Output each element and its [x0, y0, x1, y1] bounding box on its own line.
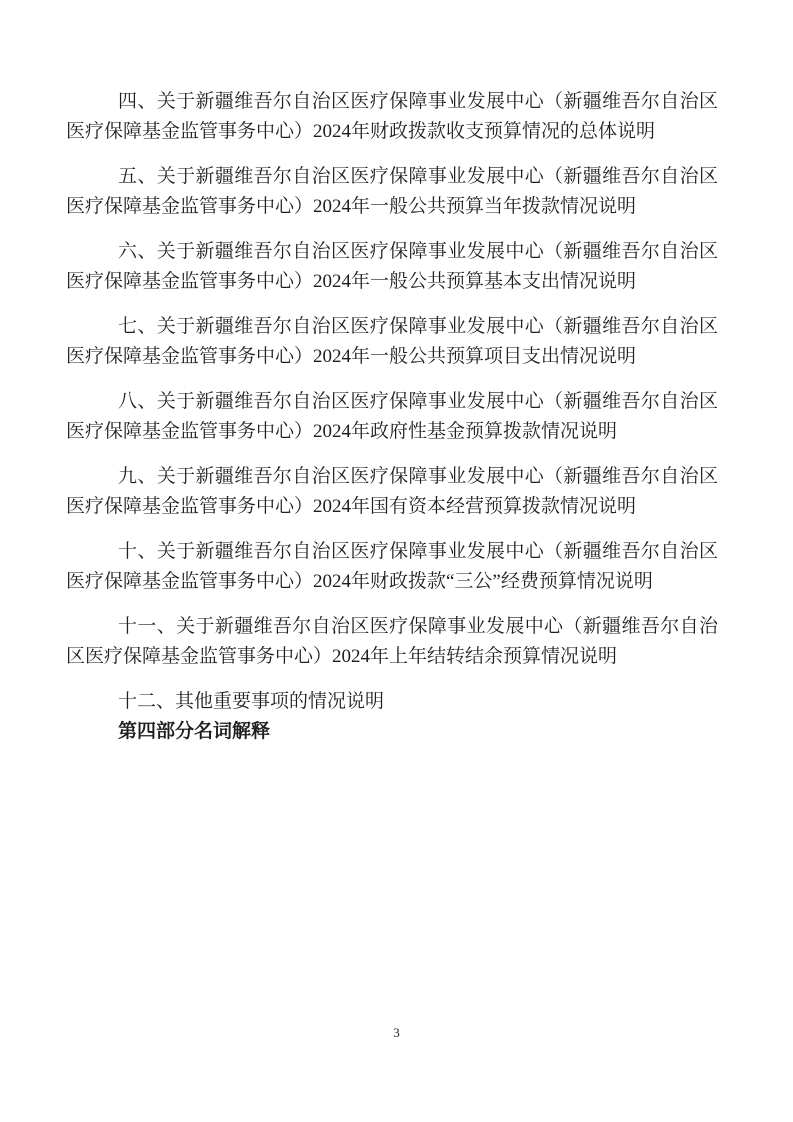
toc-item-10: 十、关于新疆维吾尔自治区医疗保障事业发展中心（新疆维吾尔自治区医疗保障基金监管事…	[66, 537, 718, 597]
toc-item-12: 十二、其他重要事项的情况说明	[66, 687, 718, 717]
document-page: 四、关于新疆维吾尔自治区医疗保障事业发展中心（新疆维吾尔自治区医疗保障基金监管事…	[0, 0, 793, 1122]
page-number: 3	[0, 1025, 793, 1041]
toc-item-6: 六、关于新疆维吾尔自治区医疗保障事业发展中心（新疆维吾尔自治区医疗保障基金监管事…	[66, 237, 718, 297]
toc-item-9: 九、关于新疆维吾尔自治区医疗保障事业发展中心（新疆维吾尔自治区医疗保障基金监管事…	[66, 462, 718, 522]
toc-item-11: 十一、关于新疆维吾尔自治区医疗保障事业发展中心（新疆维吾尔自治区医疗保障基金监管…	[66, 612, 718, 672]
section-heading: 第四部分名词解释	[66, 717, 718, 747]
toc-item-7: 七、关于新疆维吾尔自治区医疗保障事业发展中心（新疆维吾尔自治区医疗保障基金监管事…	[66, 312, 718, 372]
toc-item-5: 五、关于新疆维吾尔自治区医疗保障事业发展中心（新疆维吾尔自治区医疗保障基金监管事…	[66, 162, 718, 222]
toc-item-4: 四、关于新疆维吾尔自治区医疗保障事业发展中心（新疆维吾尔自治区医疗保障基金监管事…	[66, 87, 718, 147]
toc-section: 四、关于新疆维吾尔自治区医疗保障事业发展中心（新疆维吾尔自治区医疗保障基金监管事…	[66, 87, 718, 747]
toc-item-8: 八、关于新疆维吾尔自治区医疗保障事业发展中心（新疆维吾尔自治区医疗保障基金监管事…	[66, 387, 718, 447]
